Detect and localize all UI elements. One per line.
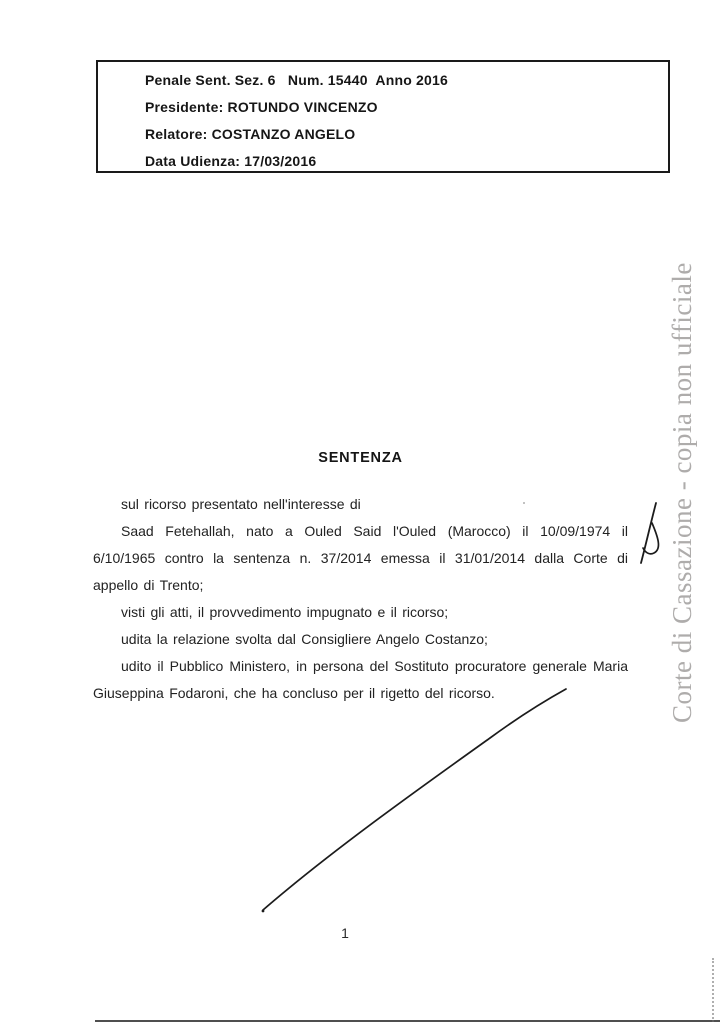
case-header-box: Penale Sent. Sez. 6 Num. 15440 Anno 2016… xyxy=(96,60,670,173)
document-page: Penale Sent. Sez. 6 Num. 15440 Anno 2016… xyxy=(0,0,720,1024)
header-line-data-udienza: Data Udienza: 17/03/2016 xyxy=(145,148,668,175)
paragraph-visti-atti: visti gli atti, il provvedimento impugna… xyxy=(93,599,628,626)
bottom-scan-line xyxy=(95,1020,720,1022)
page-number: 1 xyxy=(300,925,390,941)
paragraph-udita-relazione: udita la relazione svolta dal Consiglier… xyxy=(93,626,628,653)
paragraph-ricorso-intro: sul ricorso presentato nell'interesse di xyxy=(93,491,628,518)
scan-speck xyxy=(523,502,525,504)
watermark-text: Corte di Cassazione - copia non ufficial… xyxy=(667,267,717,723)
ink-dot xyxy=(262,910,265,913)
paragraph-udito-pm: udito il Pubblico Ministero, in persona … xyxy=(93,653,628,707)
header-line-presidente: Presidente: ROTUNDO VINCENZO xyxy=(145,94,668,121)
header-line-relatore: Relatore: COSTANZO ANGELO xyxy=(145,121,668,148)
page-title: SENTENZA xyxy=(93,450,628,466)
paragraph-ricorrente: Saad Fetehallah, nato a Ouled Said l'Oul… xyxy=(93,518,628,599)
right-edge-scan-artifact xyxy=(712,958,714,1022)
pen-mark-hook xyxy=(643,523,658,554)
signature-stroke xyxy=(263,689,566,910)
pen-mark xyxy=(641,503,656,563)
body-text: sul ricorso presentato nell'interesse di… xyxy=(93,491,628,707)
header-line-section-number-year: Penale Sent. Sez. 6 Num. 15440 Anno 2016 xyxy=(145,67,668,94)
